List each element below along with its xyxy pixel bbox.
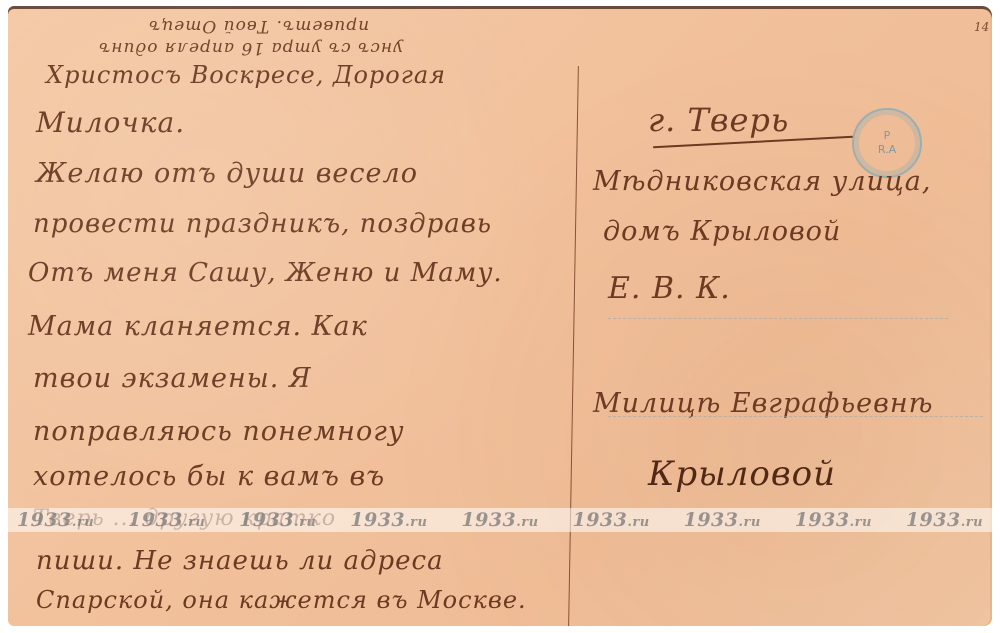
message-line-7: твои экзамены. Я: [33, 363, 312, 394]
watermark-band: 1933.ru 1933.ru 1933.ru 1933.ru 1933.ru …: [0, 508, 1000, 532]
recipient-name: Милицѣ Евграфьевнѣ: [593, 388, 933, 419]
upside-down-line-1: приветъ. Твой Отецъ: [148, 16, 369, 36]
address-city: г. Тверь: [648, 101, 789, 139]
address-street: Мѣдниковская улица,: [593, 166, 931, 197]
watermark-8: 1933.ru: [795, 509, 872, 531]
message-line-11: пиши. Не знаешь ли адреса: [36, 546, 444, 576]
watermark-1: 1933.ru: [17, 509, 94, 531]
watermark-6: 1933.ru: [572, 509, 649, 531]
message-line-3: Желаю отъ души весело: [36, 158, 418, 189]
watermark-7: 1933.ru: [684, 509, 761, 531]
address-rule-2: [608, 416, 983, 417]
message-line-2: Милочка.: [36, 106, 185, 139]
stamp-line-1: P: [854, 129, 920, 143]
message-line-1: Христосъ Воскресе, Дорогая: [46, 61, 446, 89]
watermark-9: 1933.ru: [906, 509, 983, 531]
address-initials: Е. В. К.: [608, 271, 731, 306]
vertical-divider: [568, 66, 582, 626]
upside-down-line-2: унсъ съ утра 16 апреля одинъ: [98, 38, 403, 58]
watermark-2: 1933.ru: [128, 509, 205, 531]
message-line-6: Мама кланяется. Как: [28, 311, 368, 342]
message-line-9: хотелось бы к вамъ въ: [33, 461, 385, 492]
corner-number: 14: [974, 20, 989, 34]
address-rule-1: [608, 318, 948, 319]
watermark-5: 1933.ru: [461, 509, 538, 531]
watermark-3: 1933.ru: [239, 509, 316, 531]
message-line-8: поправляюсь понемногу: [33, 416, 405, 447]
postcard: 14 приветъ. Твой Отецъ унсъ съ утра 16 а…: [8, 6, 992, 626]
address-house: домъ Крыловой: [603, 216, 841, 247]
stamp-line-2: R.A: [854, 143, 920, 157]
message-line-12: Спарской, она кажется въ Москве.: [36, 586, 527, 614]
watermark-4: 1933.ru: [350, 509, 427, 531]
message-line-5: Отъ меня Сашу, Женю и Маму.: [28, 258, 503, 288]
message-line-4: провести праздникъ, поздравь: [33, 209, 492, 239]
recipient-surname: Крыловой: [648, 454, 836, 494]
